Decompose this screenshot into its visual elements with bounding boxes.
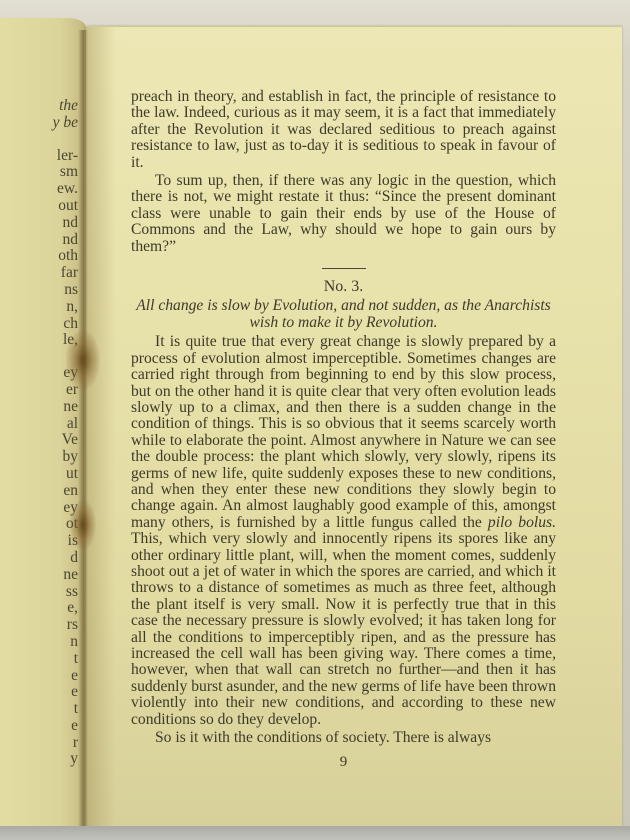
left-line-fragment: al bbox=[53, 416, 78, 433]
left-line-fragment: y be bbox=[53, 115, 78, 132]
paragraph-1: preach in theory, and establish in fact,… bbox=[131, 89, 556, 171]
paragraph-2: To sum up, then, if there was any logic … bbox=[131, 173, 556, 255]
section-number: No. 3. bbox=[131, 279, 556, 295]
paragraph-3-part-2: This, which very slowly and innocently r… bbox=[131, 530, 556, 727]
left-line-fragment: ler- bbox=[53, 148, 78, 165]
left-page-text-fragments: they beler-smew.outndndothfarnsn,chle,ey… bbox=[53, 98, 78, 768]
paragraph-3: It is quite true that every great change… bbox=[131, 334, 556, 728]
left-line-fragment: ch bbox=[53, 316, 78, 333]
left-line-fragment: t bbox=[53, 651, 78, 668]
left-line-fragment: ns bbox=[53, 282, 78, 299]
right-page: preach in theory, and establish in fact,… bbox=[86, 26, 622, 829]
left-line-fragment: e bbox=[53, 684, 78, 701]
section-divider bbox=[322, 268, 366, 269]
left-line-fragment: e, bbox=[53, 600, 78, 617]
left-line-fragment: rs bbox=[53, 617, 78, 634]
binding-stain-lower bbox=[70, 500, 96, 550]
left-line-fragment: ew. bbox=[53, 181, 78, 198]
binding-gutter bbox=[78, 30, 88, 830]
left-line-fragment: r bbox=[53, 735, 78, 752]
species-name: pilo bolus. bbox=[488, 514, 556, 531]
left-line-fragment: ss bbox=[53, 584, 78, 601]
left-line-fragment: n, bbox=[53, 299, 78, 316]
paragraph-3-part-1: It is quite true that every great change… bbox=[131, 333, 556, 530]
left-line-fragment: en bbox=[53, 483, 78, 500]
paragraph-4: So is it with the conditions of society.… bbox=[131, 730, 556, 746]
left-line-fragment: nd bbox=[53, 215, 78, 232]
page-body: preach in theory, and establish in fact,… bbox=[131, 89, 556, 771]
left-line-fragment: n bbox=[53, 634, 78, 651]
left-line-fragment: by bbox=[53, 449, 78, 466]
left-line-fragment: far bbox=[53, 265, 78, 282]
left-line-fragment: ne bbox=[53, 567, 78, 584]
left-line-fragment: oth bbox=[53, 248, 78, 265]
left-line-fragment: out bbox=[53, 198, 78, 215]
table-surface bbox=[0, 826, 630, 840]
left-line-fragment: nd bbox=[53, 232, 78, 249]
left-line-fragment: e bbox=[53, 718, 78, 735]
left-line-fragment bbox=[53, 132, 78, 148]
section-subtitle: All change is slow by Evolution, and not… bbox=[131, 298, 556, 331]
left-line-fragment: ne bbox=[53, 399, 78, 416]
left-line-fragment: d bbox=[53, 550, 78, 567]
left-line-fragment: t bbox=[53, 701, 78, 718]
left-line-fragment: the bbox=[53, 98, 78, 115]
left-line-fragment: y bbox=[53, 751, 78, 768]
binding-stain-upper bbox=[66, 330, 100, 390]
left-line-fragment: e bbox=[53, 668, 78, 685]
page-number: 9 bbox=[131, 754, 556, 770]
left-page: they beler-smew.outndndothfarnsn,chle,ey… bbox=[0, 18, 86, 828]
left-line-fragment: Ve bbox=[53, 432, 78, 449]
left-line-fragment: ut bbox=[53, 466, 78, 483]
left-line-fragment: sm bbox=[53, 164, 78, 181]
